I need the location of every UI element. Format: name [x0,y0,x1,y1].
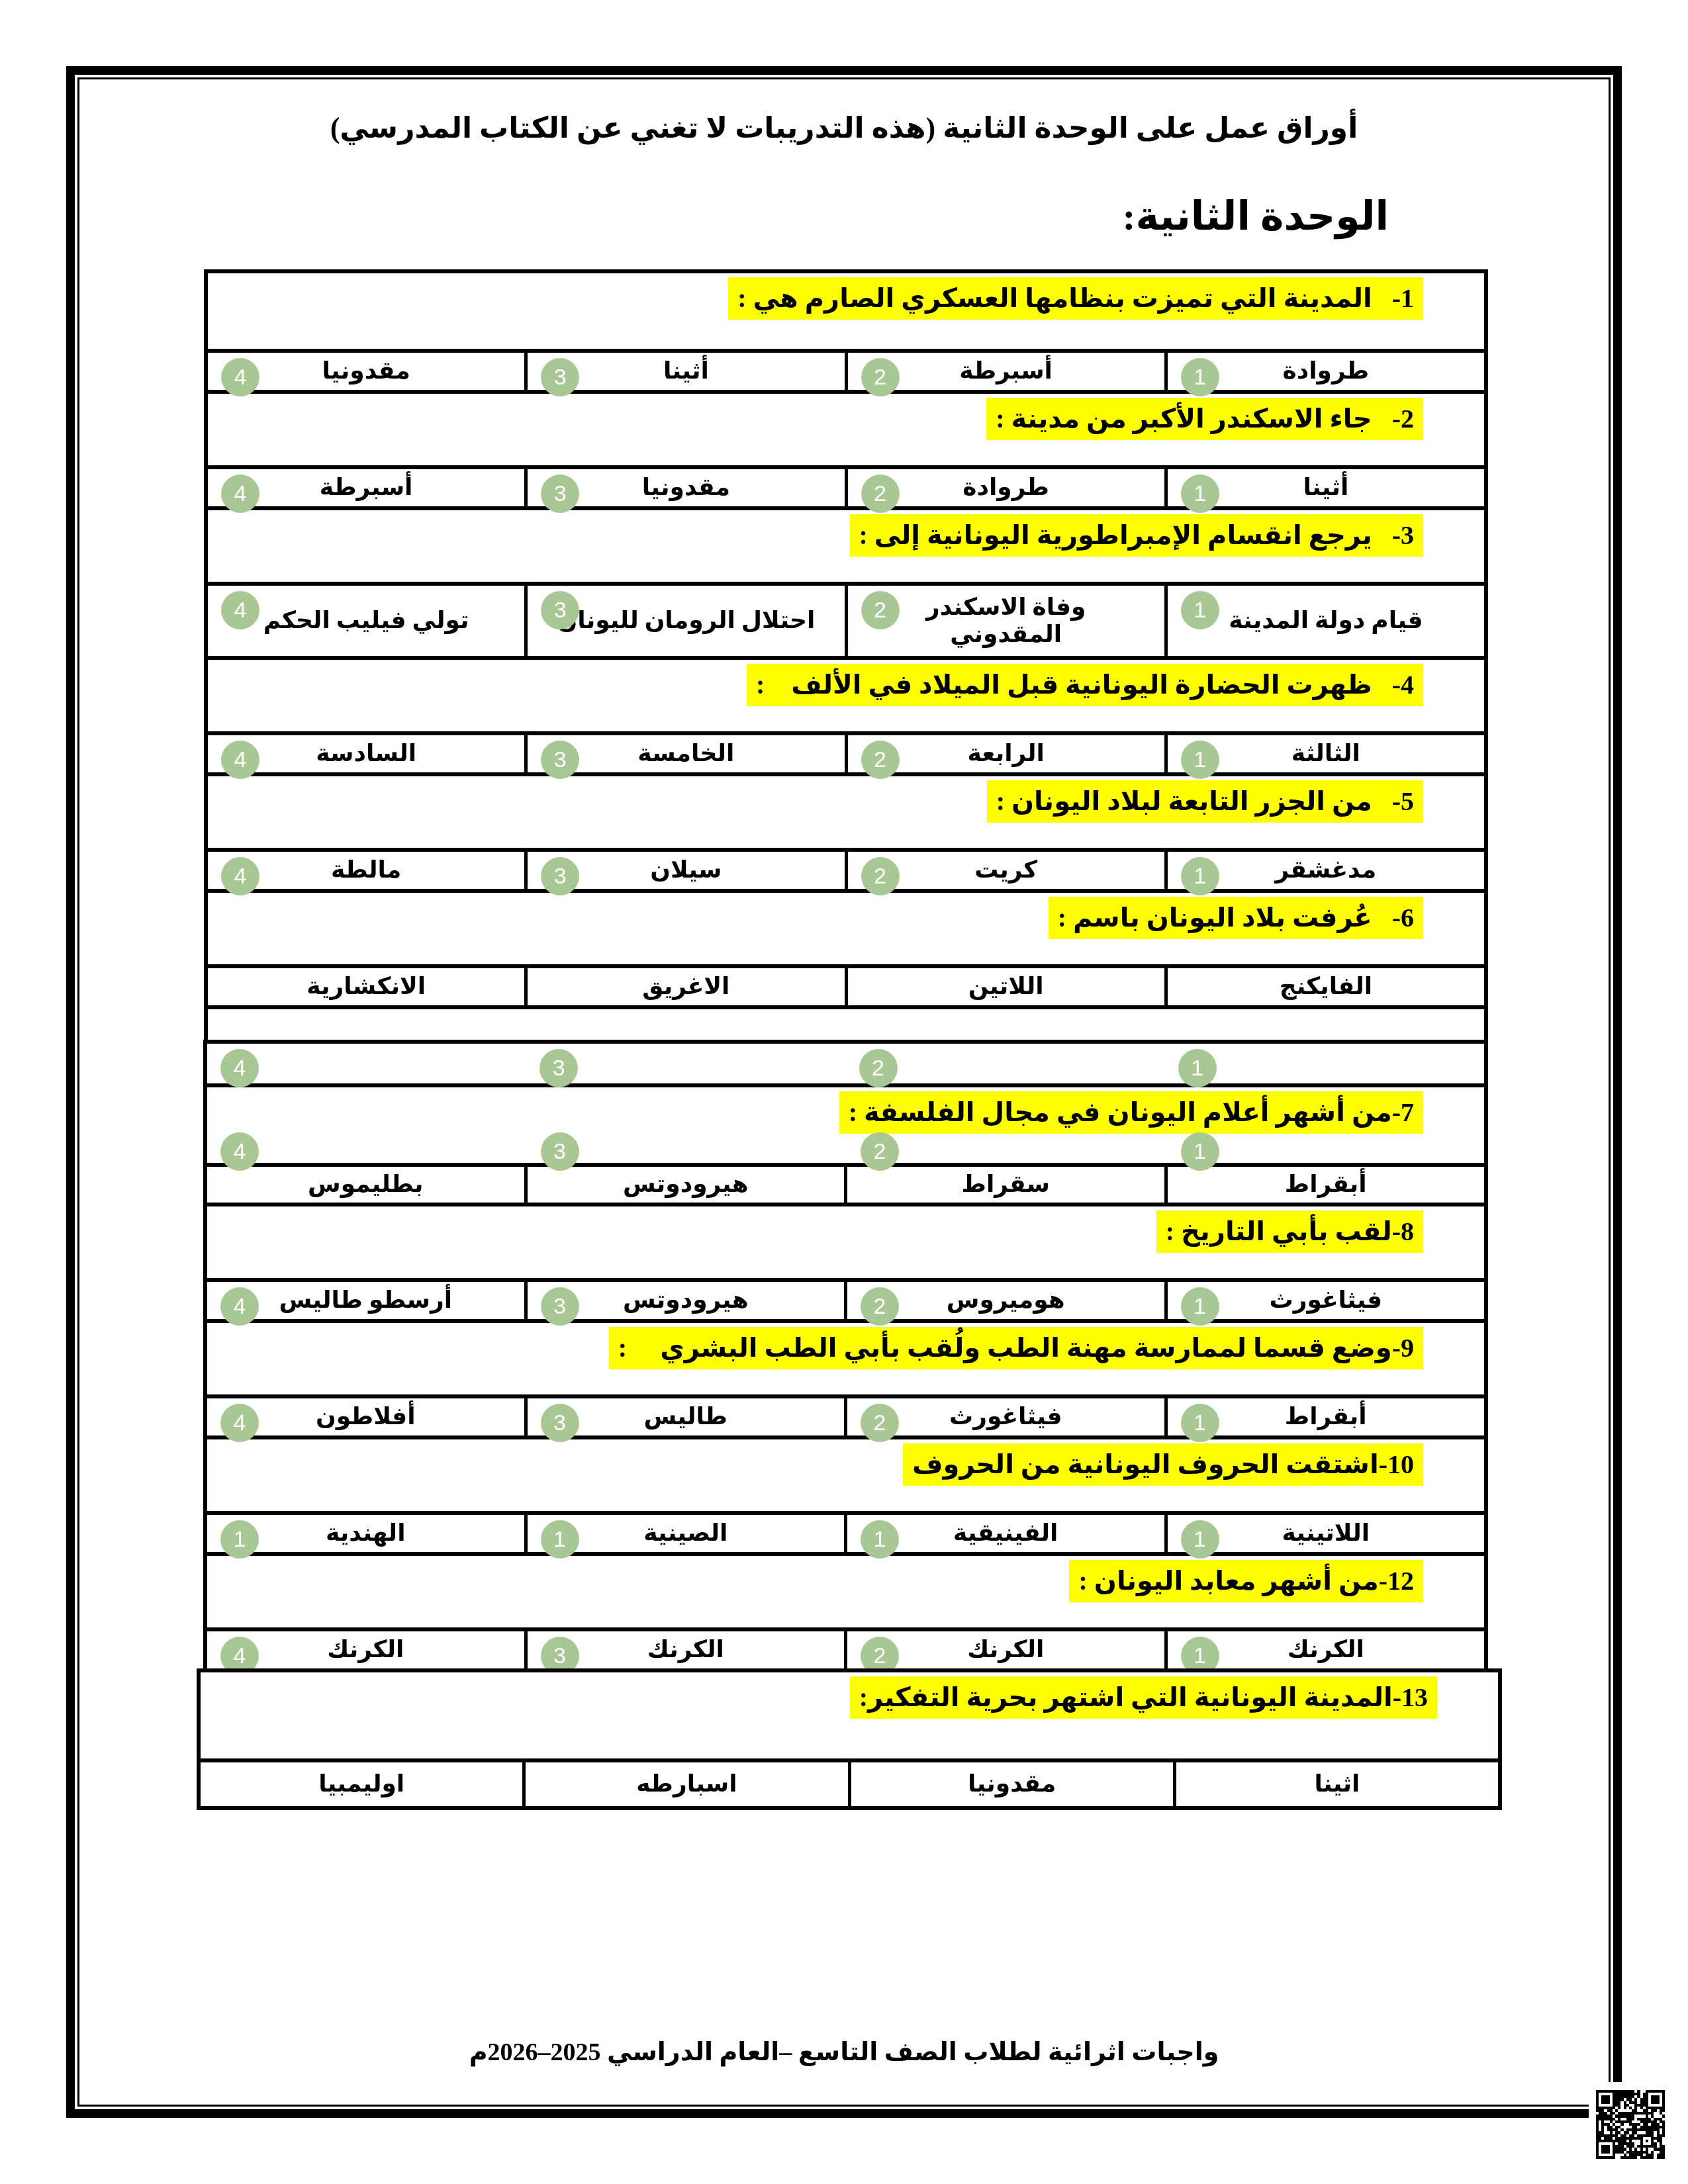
option-number-badge: 1 [1181,1404,1219,1442]
option-label: كريت [974,856,1037,884]
option-label: الاغريق [642,973,729,1000]
option-number-badge: 1 [1181,358,1219,396]
question-row: 10-اشتقت الحروف اليونانية من الحروف [207,1435,1484,1511]
question-text: 13-المدينة اليونانية التي اشتهر بحرية ال… [850,1676,1437,1719]
option-number-badge: 4 [220,1049,259,1087]
options-row: 1الثالثة2الرابعة3الخامسة4السادسة [208,731,1484,772]
option-number-badge: 3 [539,1049,578,1087]
option-number-badge: 2 [861,358,900,396]
option-number-badge: 1 [541,1520,579,1559]
option-label: هيرودوتس [623,1171,749,1198]
option-number-badge: 4 [221,591,259,629]
option-number-badge: 1 [861,1520,899,1559]
option-cell: 3أثينا [528,353,847,390]
option-number-badge: 4 [220,1287,259,1326]
options-row: اثينامقدونيااسبارطهاوليمبيا [201,1758,1498,1806]
option-label: أثينا [663,357,709,385]
option-label: مدغشقر [1276,856,1377,884]
option-cell: 4مقدونيا [208,353,528,390]
options-row: 1مدغشقر2كريت3سيلان4مالطة [208,848,1484,889]
option-number-badge: 2 [861,1132,899,1171]
option-label: اسبارطه [636,1770,737,1797]
option-number-badge: 3 [541,591,579,629]
option-label: احتلال الرومان لليونان [557,607,815,634]
option-label: الصينية [643,1520,727,1547]
option-number-badge: 2 [861,857,900,895]
option-cell: 1الثالثة [1168,735,1484,772]
option-cell: 4الكرنك [207,1631,528,1668]
option-cell: 3مقدونيا [528,469,847,506]
options-row: 1أثينا2طروادة3مقدونيا4أسبرطة [208,465,1484,506]
option-number-badge: 4 [221,475,259,513]
option-label: سيلان [650,856,722,884]
number-cell: 2 [846,1044,1165,1083]
option-number-badge: 3 [541,475,579,513]
option-cell: 2الرابعة [848,735,1168,772]
option-label: فيثاغورث [949,1403,1062,1430]
option-label: هوميروس [947,1287,1065,1314]
option-number-badge: 3 [541,1404,579,1442]
option-label: الثالثة [1291,740,1360,767]
option-number-badge: 3 [541,1287,579,1326]
option-cell: 4السادسة [208,735,528,772]
options-row: 1طروادة2أسبرطة3أثينا4مقدونيا [208,349,1484,390]
option-label: أبقراط [1285,1403,1367,1430]
option-cell: 1أبقراط [1168,1398,1485,1435]
worksheet-page: أوراق عمل على الوحدة الثانية (هذه التدري… [0,0,1688,2184]
unit-heading: الوحدة الثانية: [0,193,1688,240]
options-row: 1اللاتينية1الفينيقية1الصينية1الهندية [207,1511,1484,1552]
questions-table-1: 1- المدينة التي تميزت بنظامها العسكري ال… [204,269,1488,1044]
question-row: 1- المدينة التي تميزت بنظامها العسكري ال… [208,273,1484,349]
option-cell: 1الهندية [207,1515,528,1552]
option-cell: 3الكرنك [528,1631,848,1668]
footer-text: واجبات اثرائية لطلاب الصف التاسع –العام … [0,2037,1688,2067]
option-number-badge: 2 [861,1287,899,1326]
option-label: سقراط [962,1171,1050,1198]
options-row: 1الكرنك2الكرنك3الكرنك4الكرنك [207,1627,1484,1668]
option-label: السادسة [316,740,416,767]
question-text: 1- المدينة التي تميزت بنظامها العسكري ال… [728,277,1423,320]
option-number-badge: 1 [1178,1049,1217,1087]
option-number-badge: 1 [1181,591,1219,629]
option-label: الكرنك [327,1636,404,1663]
option-number-badge: 4 [220,1404,259,1442]
question-text: 6- عُرفت بلاد اليونان باسم : [1049,897,1423,939]
option-cell: 3الخامسة [528,735,847,772]
question-text: 3- يرجع انقسام الإمبراطورية اليونانية إل… [850,514,1423,557]
option-cell: مقدونيا [851,1762,1176,1806]
qr-code-image [1596,2090,1665,2159]
question-row: 7-من أشهر أعلام اليونان في مجال الفلسفة … [207,1083,1484,1163]
option-cell: 4تولي فيليب الحكم [208,586,528,656]
question-row: 2- جاء الاسكندر الأكبر من مدينة : [208,390,1484,465]
option-cell: 1قيام دولة المدينة [1168,586,1484,656]
questions-table-2: 12347-من أشهر أعلام اليونان في مجال الفل… [203,1040,1488,1672]
option-label: اثينا [1315,1770,1360,1797]
number-cell: 3 [526,1044,845,1083]
option-label: مقدونيا [968,1770,1056,1797]
question-text: 12-من أشهر معابد اليونان : [1069,1560,1423,1602]
option-cell: 1طروادة [1168,353,1484,390]
option-label: الانكشارية [306,973,426,1000]
option-cell: 2وفاة الاسكندر المقدوني [848,586,1168,656]
option-cell: اوليمبيا [201,1762,526,1806]
option-cell: 4مالطة [208,852,528,889]
option-label: مقدونيا [322,357,410,385]
options-row: الفايكنجاللاتينالاغريقالانكشارية [208,964,1484,1005]
option-number-badge: 3 [541,358,579,396]
option-label: قيام دولة المدينة [1229,607,1423,634]
option-cell: 3سيلان [528,852,847,889]
option-cell: 2طروادة [848,469,1168,506]
option-number-badge: 3 [541,741,579,779]
question-text: 7-من أشهر أعلام اليونان في مجال الفلسفة … [839,1091,1423,1134]
option-cell: 3هيرودوتس [528,1282,848,1319]
option-cell: 3احتلال الرومان لليونان [528,586,847,656]
option-cell: الفايكنج [1168,968,1484,1005]
option-number-badge: 2 [861,1404,899,1442]
option-cell: 2أسبرطة [848,353,1168,390]
option-number-badge: 4 [221,358,259,396]
question-row: 5- من الجزر التابعة لبلاد اليونان : [208,772,1484,848]
option-number-badge: 4 [221,741,259,779]
option-number-badge: 2 [861,475,900,513]
option-number-badge: 1 [1181,1132,1219,1171]
option-cell: 3هيرودوتس [528,1167,848,1203]
option-cell: اثينا [1176,1762,1498,1806]
option-label: طاليس [643,1403,727,1430]
option-cell: 4بطليموس [207,1167,528,1203]
option-number-badge: 1 [1181,1520,1219,1559]
option-label: فيثاغورث [1269,1287,1382,1314]
option-label: اوليمبيا [318,1770,404,1797]
option-label: أسبرطة [959,357,1053,385]
question-row: 6- عُرفت بلاد اليونان باسم : [208,889,1484,964]
option-cell: 2فيثاغورث [847,1398,1168,1435]
question-text: 10-اشتقت الحروف اليونانية من الحروف [903,1443,1423,1486]
option-label: الرابعة [968,740,1045,767]
option-label: مالطة [331,856,401,884]
option-label: أرسطو طاليس [279,1287,452,1314]
option-number-badge: 3 [541,857,579,895]
option-label: طروادة [962,474,1049,501]
number-cell: 1 [1165,1044,1484,1083]
question-row: 8-لقب بأبي التاريخ : [207,1203,1484,1278]
document-title: أوراق عمل على الوحدة الثانية (هذه التدري… [0,111,1688,145]
options-row: 1فيثاغورث2هوميروس3هيرودوتس4أرسطو طاليس [207,1278,1484,1319]
question-text: 8-لقب بأبي التاريخ : [1156,1210,1423,1253]
option-label: الفينيقية [953,1520,1058,1547]
number-cell: 4 [207,1044,526,1083]
option-label: الفايكنج [1280,973,1372,1000]
option-cell: 3طاليس [528,1398,848,1435]
option-cell: اسبارطه [526,1762,851,1806]
question-text: 2- جاء الاسكندر الأكبر من مدينة : [986,398,1423,440]
question-row: 13-المدينة اليونانية التي اشتهر بحرية ال… [201,1672,1498,1758]
questions-table-3: 13-المدينة اليونانية التي اشتهر بحرية ال… [197,1668,1502,1810]
option-label: الخامسة [637,740,734,767]
question-row: 3- يرجع انقسام الإمبراطورية اليونانية إل… [208,506,1484,582]
option-cell: 2كريت [848,852,1168,889]
option-label: هيرودوتس [623,1287,749,1314]
question-text: 9-وضع قسما لممارسة مهنة الطب ولُقب بأبي … [609,1327,1423,1369]
option-cell: 2هوميروس [847,1282,1168,1319]
options-row: 1أبقراط2سقراط3هيرودوتس4بطليموس [207,1163,1484,1203]
options-row: 1قيام دولة المدينة2وفاة الاسكندر المقدون… [208,582,1484,656]
option-number-badge: 2 [861,591,900,629]
option-cell: 1الكرنك [1168,1631,1485,1668]
option-label: اللاتين [968,973,1044,1000]
option-cell: 1الصينية [528,1515,848,1552]
option-cell: 1اللاتينية [1168,1515,1485,1552]
option-number-badge: 1 [1181,1287,1219,1326]
option-cell: 4أرسطو طاليس [207,1282,528,1319]
empty-row [208,1005,1484,1040]
option-cell: 1أثينا [1168,469,1484,506]
option-label: الكرنك [647,1636,724,1663]
option-cell: 4أسبرطة [208,469,528,506]
option-cell: 2الكرنك [847,1631,1168,1668]
option-number-badge: 1 [1181,475,1219,513]
option-cell: 1الفينيقية [847,1515,1168,1552]
option-label: وفاة الاسكندر المقدوني [926,594,1086,649]
question-row: 9-وضع قسما لممارسة مهنة الطب ولُقب بأبي … [207,1319,1484,1394]
question-row: 12-من أشهر معابد اليونان : [207,1552,1484,1627]
option-cell: اللاتين [848,968,1168,1005]
option-label: الكرنك [1288,1636,1364,1663]
option-cell: 2سقراط [847,1167,1168,1203]
option-number-badge: 1 [220,1520,259,1559]
options-row: 1أبقراط2فيثاغورث3طاليس4أفلاطون [207,1394,1484,1435]
question-row: 4- ظهرت الحضارة اليونانية قبل الميلاد في… [208,656,1484,731]
option-label: أبقراط [1285,1171,1367,1198]
option-cell: 1فيثاغورث [1168,1282,1485,1319]
option-cell: الانكشارية [208,968,528,1005]
option-label: أسبرطة [320,474,413,501]
option-number-badge: 4 [221,857,259,895]
option-number-badge: 3 [541,1132,579,1171]
qr-code-corner [1589,2082,1688,2184]
option-number-badge: 1 [1181,741,1219,779]
option-label: بطليموس [308,1171,423,1198]
option-cell: 4أفلاطون [207,1398,528,1435]
option-number-badge: 4 [220,1132,259,1171]
option-label: الكرنك [967,1636,1044,1663]
option-label: مقدونيا [642,474,730,501]
option-number-badge: 2 [861,741,900,779]
option-label: طروادة [1283,357,1370,385]
option-cell: الاغريق [528,968,847,1005]
option-label: اللاتينية [1282,1520,1370,1547]
question-text: 4- ظهرت الحضارة اليونانية قبل الميلاد في… [747,664,1423,706]
option-label: الهندية [326,1520,405,1547]
option-number-badge: 2 [859,1049,898,1087]
question-text: 5- من الجزر التابعة لبلاد اليونان : [987,780,1423,823]
option-cell: 1أبقراط [1168,1167,1485,1203]
option-label: تولي فيليب الحكم [263,607,469,634]
option-label: أثينا [1303,474,1349,501]
option-cell: 1مدغشقر [1168,852,1484,889]
option-number-badge: 1 [1181,857,1219,895]
answer-numbers-row: 1234 [207,1044,1484,1083]
option-label: أفلاطون [316,1403,415,1430]
